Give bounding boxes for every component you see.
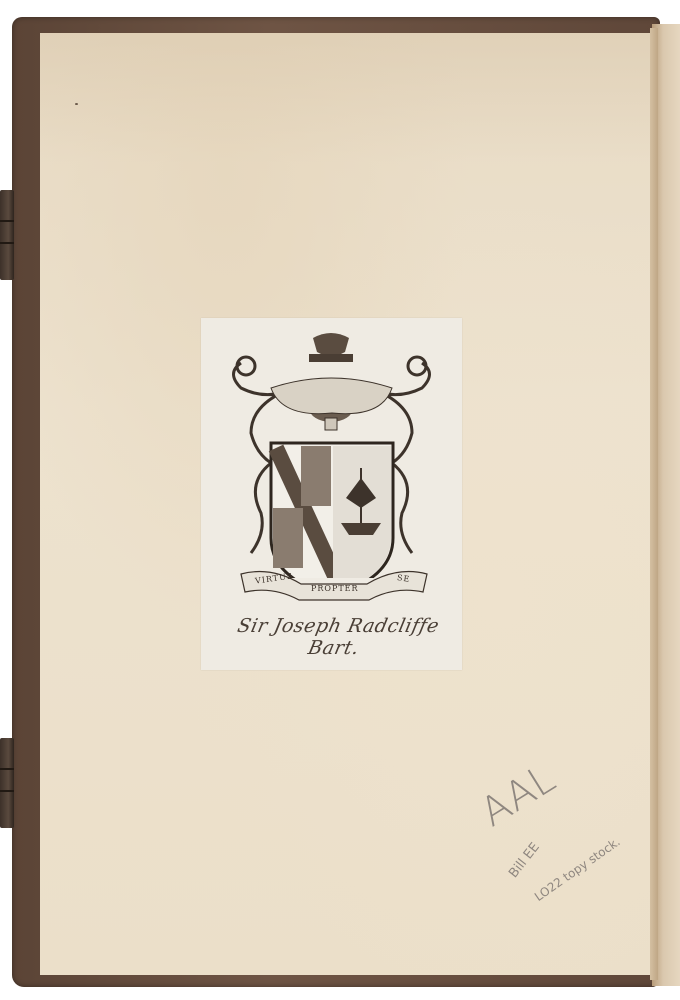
coat-of-arms-icon	[201, 318, 462, 578]
text-block-edge	[650, 28, 658, 980]
bookplate-owner-name: Sir Joseph Radcliffe Bart.	[216, 615, 455, 659]
motto-word-2: PROPTER	[311, 584, 359, 593]
motto-word-3: SE	[396, 573, 410, 584]
clasp-hinge-top	[0, 190, 14, 280]
armorial-bookplate: VIRTUS PROPTER SE Sir Joseph Radcliffe B…	[201, 318, 462, 670]
clasp-hinge-bottom	[0, 738, 14, 828]
foxing-spot	[75, 103, 78, 105]
motto-ribbon: VIRTUS PROPTER SE	[239, 566, 429, 602]
